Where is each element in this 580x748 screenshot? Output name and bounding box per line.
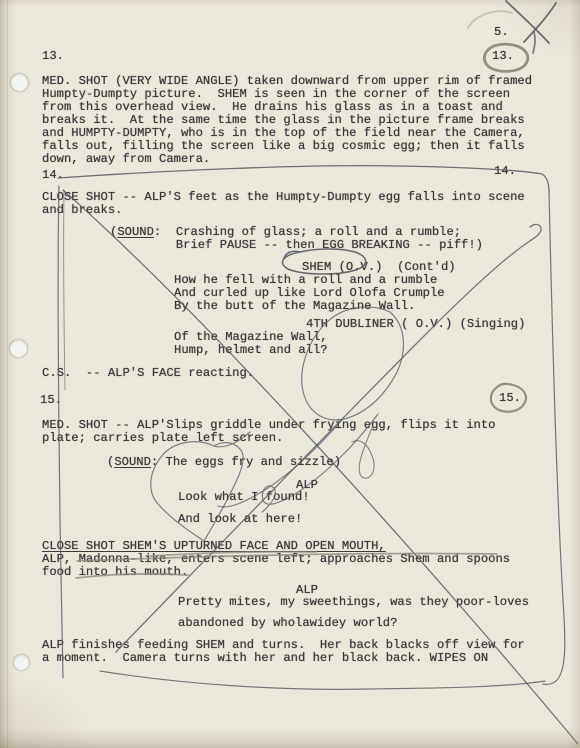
typescript-line: (SOUND: The eggs fry and sizzle) bbox=[107, 456, 341, 469]
typescript-line: down, away from Camera. bbox=[42, 153, 532, 166]
corner-x-mark bbox=[506, 1, 556, 53]
typescript-line: food into his mouth. bbox=[42, 566, 510, 579]
corner-number-13: 13. bbox=[492, 50, 514, 63]
typescript-line: 15. bbox=[499, 392, 521, 405]
typescript-line: 4TH DUBLINER ( O.V.) (Singing) bbox=[306, 318, 525, 331]
typescript-line: And look at here! bbox=[178, 513, 302, 526]
script-page: 13.5.13.MED. SHOT (VERY WIDE ANGLE) take… bbox=[0, 0, 580, 748]
typescript-line: 13. bbox=[492, 50, 514, 63]
scene-14-sound-cue: (SOUND: Crashing of glass; a roll and a … bbox=[110, 226, 483, 252]
alp-dialogue-4: abandoned by wholawidey world? bbox=[178, 617, 397, 630]
cs-alp-face-line: C.S. -- ALP'S FACE reacting. bbox=[42, 367, 254, 380]
typescript-line: a moment. Camera turns with her and her … bbox=[42, 652, 525, 665]
typescript-line: Pretty mites, my sweethings, was they po… bbox=[178, 596, 529, 609]
scene-15-sound-cue: (SOUND: The eggs fry and sizzle) bbox=[107, 456, 341, 469]
scene-14-number-right: 14. bbox=[494, 165, 516, 178]
shem-verse: How he fell with a roll and a rumbleAnd … bbox=[174, 274, 445, 313]
typescript-line: and breaks. bbox=[42, 204, 525, 217]
typescript-line: Look what I found! bbox=[178, 491, 310, 504]
typescript-line: Brief PAUSE -- then EGG BREAKING -- piff… bbox=[110, 239, 483, 252]
scene-14-number-left: 14. bbox=[42, 169, 64, 182]
typescript-line: 14. bbox=[494, 165, 516, 178]
typescript-line: plate; carries plate left screen. bbox=[42, 432, 495, 445]
typescript-line: abandoned by wholawidey world? bbox=[178, 617, 397, 630]
scene-13-description: MED. SHOT (VERY WIDE ANGLE) taken downwa… bbox=[42, 75, 532, 166]
alp-dialogue-2: And look at here! bbox=[178, 513, 302, 526]
typescript-line: 13. bbox=[42, 50, 64, 63]
punch-hole bbox=[10, 340, 27, 357]
scene-15-number-right: 15. bbox=[499, 392, 521, 405]
alp-dialogue-3: Pretty mites, my sweethings, was they po… bbox=[178, 596, 529, 609]
alp-dialogue-1: Look what I found! bbox=[178, 491, 310, 504]
typescript-line: 14. bbox=[42, 169, 64, 182]
typescript-line: C.S. -- ALP'S FACE reacting. bbox=[42, 367, 254, 380]
scene-15-description: MED. SHOT -- ALP'Slips griddle under fry… bbox=[42, 419, 495, 445]
typescript-line: Hump, helmet and all? bbox=[174, 344, 328, 357]
dubliner-character-cue: 4TH DUBLINER ( O.V.) (Singing) bbox=[306, 318, 525, 331]
scene-15-closing-description: ALP finishes feeding SHEM and turns. Her… bbox=[42, 639, 525, 665]
punch-hole bbox=[14, 655, 29, 670]
paper-edge bbox=[7, 0, 8, 748]
typescript-line: 5. bbox=[494, 26, 509, 39]
punch-hole bbox=[11, 74, 28, 91]
typescript-line: 15. bbox=[40, 394, 62, 407]
scene-15-number-left: 15. bbox=[40, 394, 62, 407]
scene-15b-description: CLOSE SHOT SHEM'S UPTURNED FACE AND OPEN… bbox=[42, 540, 510, 579]
typescript-line: By the butt of the Magazine Wall. bbox=[174, 300, 445, 313]
dubliner-verse: Of the Magazine Wall,Hump, helmet and al… bbox=[174, 331, 328, 357]
scene-13-number-left: 13. bbox=[42, 50, 64, 63]
corner-number-5: 5. bbox=[494, 26, 509, 39]
scene-14-description: CLOSE SHOT -- ALP'S feet as the Humpty-D… bbox=[42, 191, 525, 217]
